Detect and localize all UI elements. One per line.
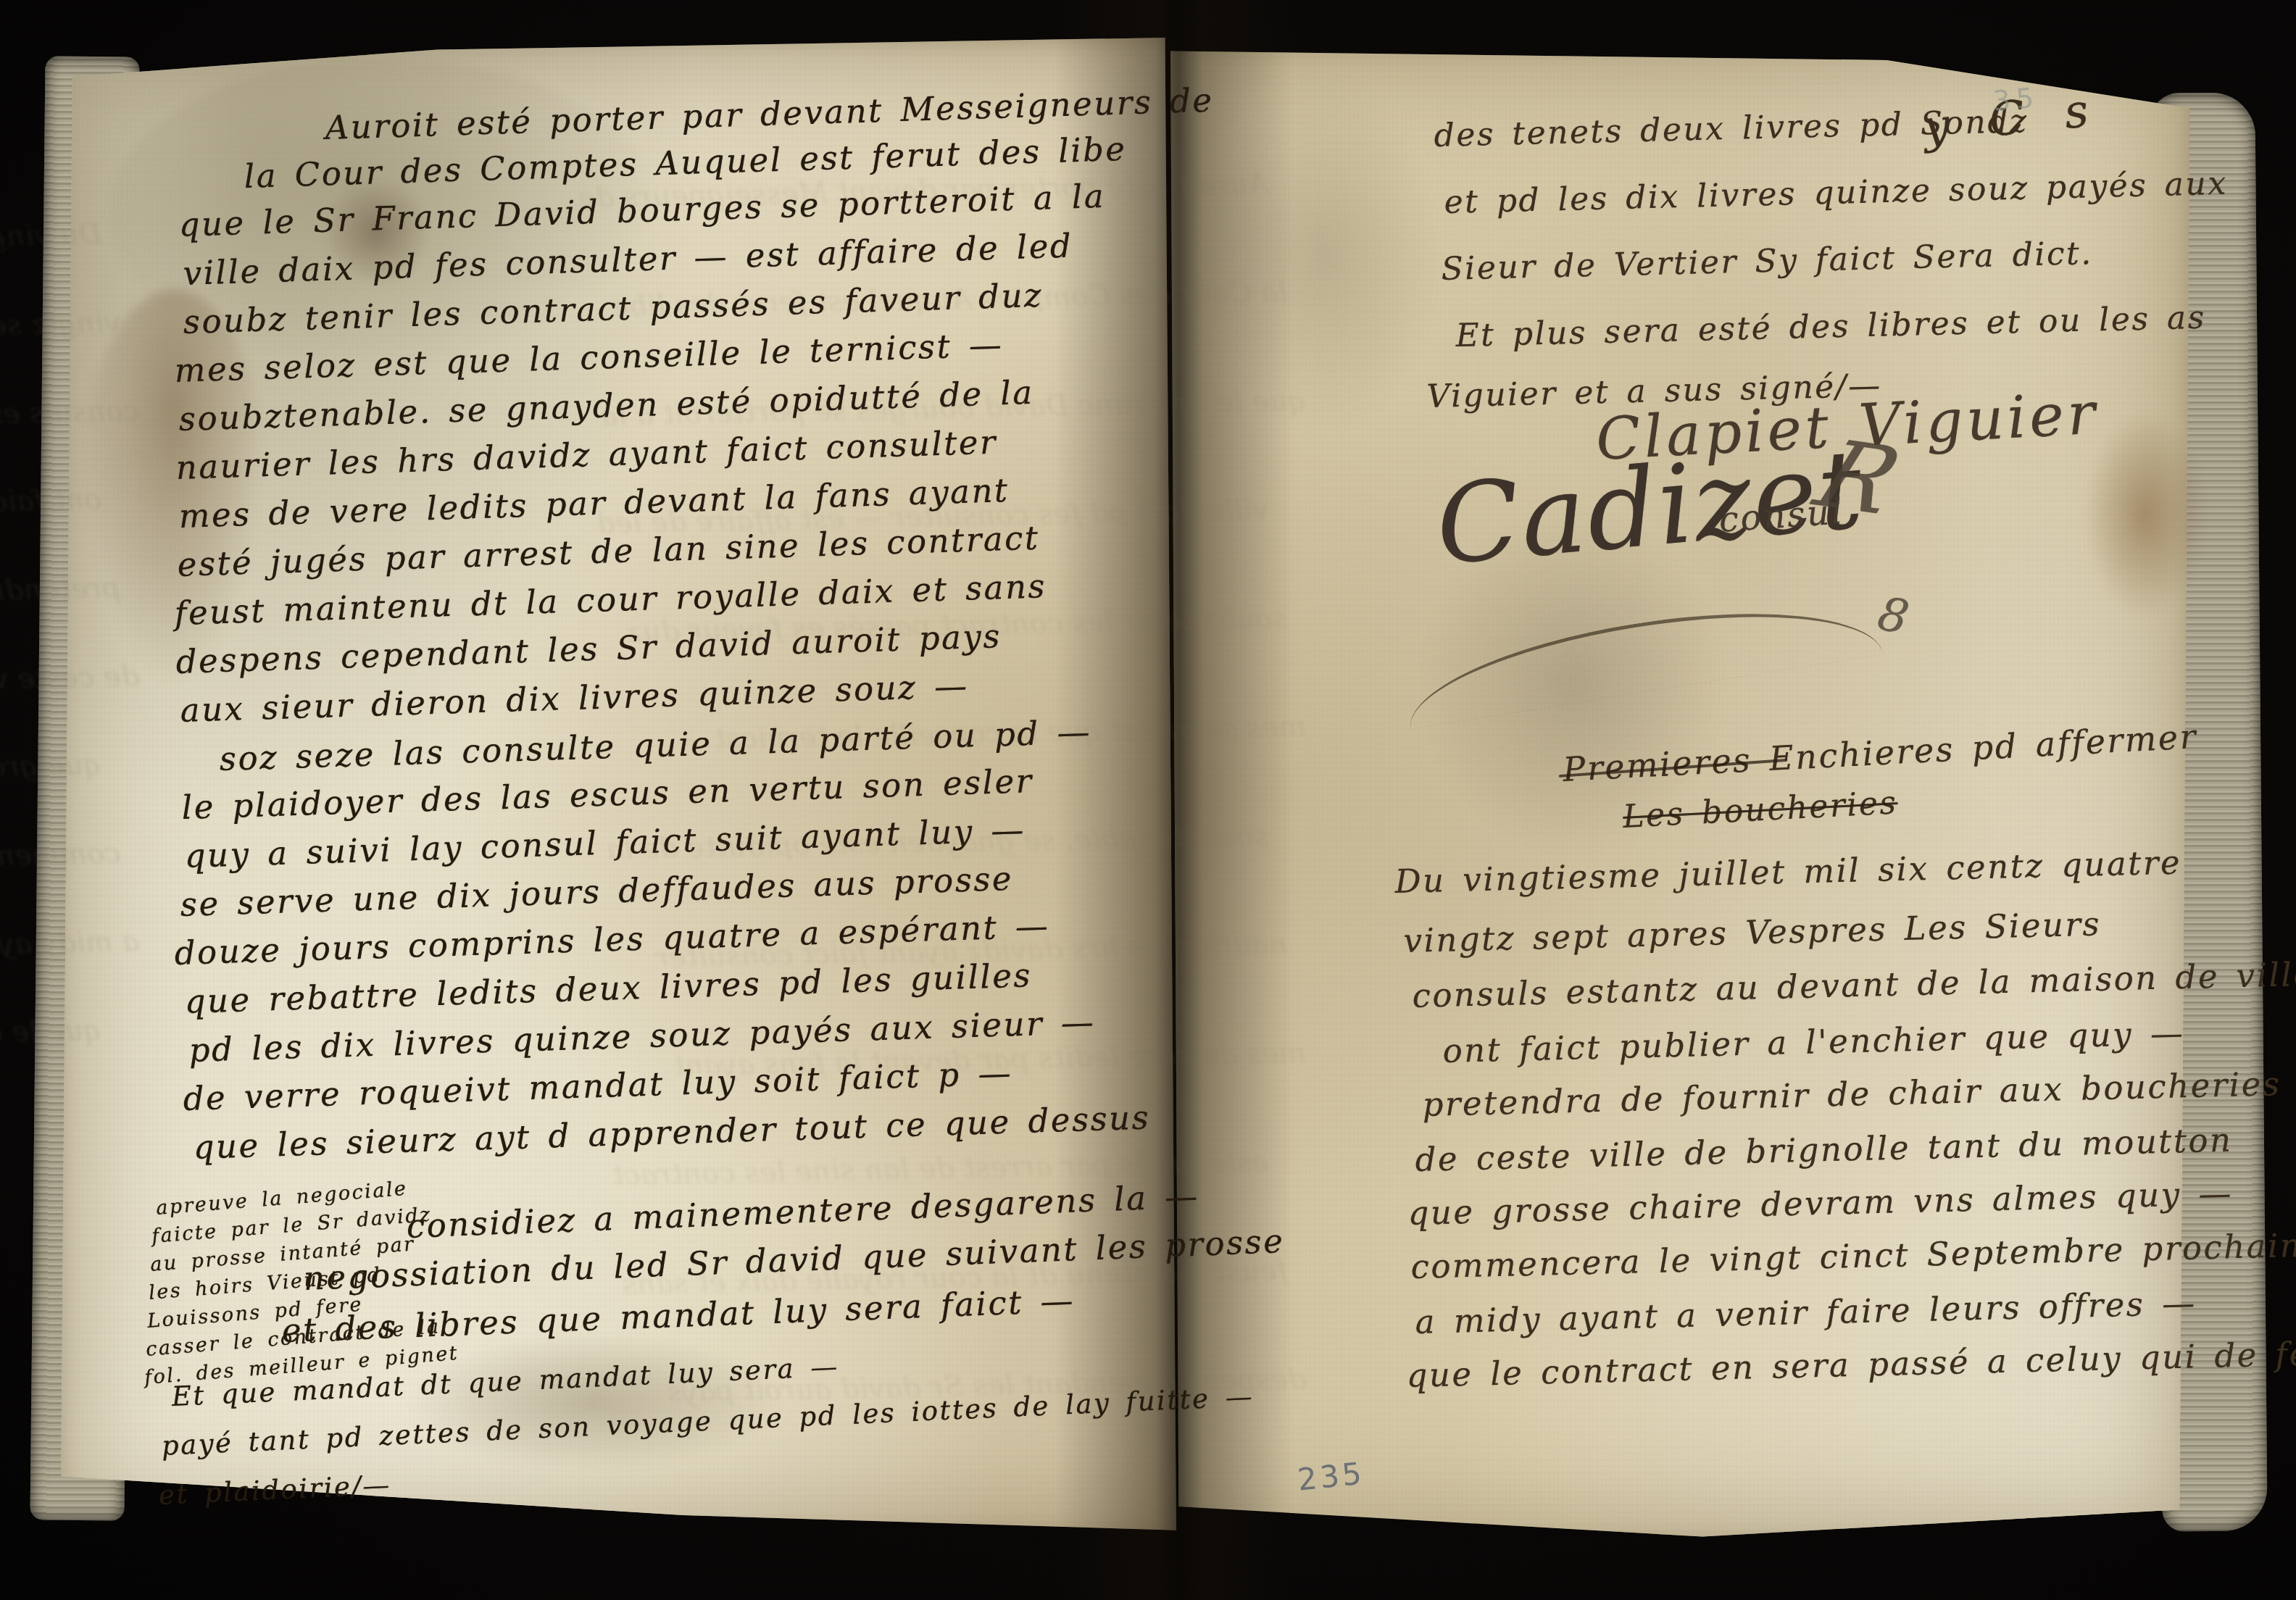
folio-number-pencil: 35 (1992, 81, 2041, 117)
page-number-pencil: 235 (1296, 1455, 1366, 1497)
manuscript-photo: Auroit esté porter par devant Messeigneu… (0, 0, 2296, 1600)
